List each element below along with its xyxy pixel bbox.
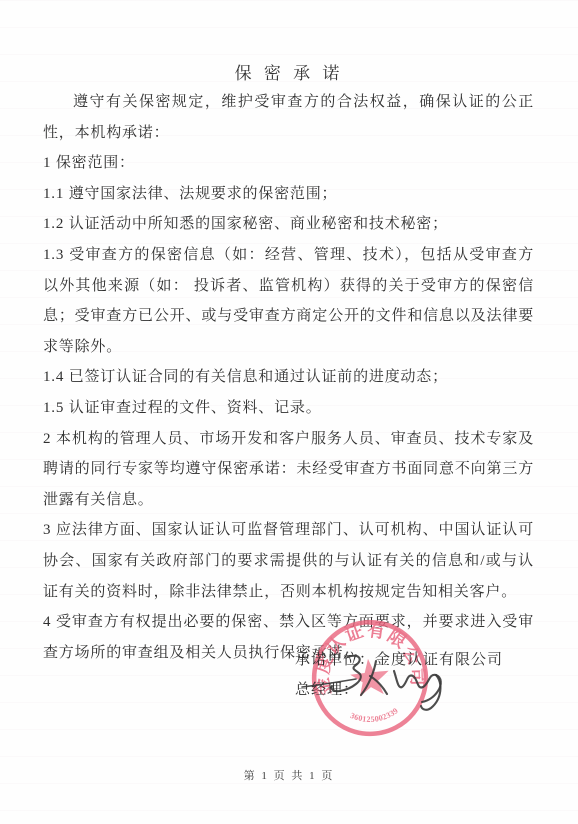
paragraph-1-4: 1.4 已签订认证合同的有关信息和通过认证前的进度动态； xyxy=(43,362,534,393)
document-page: 保 密 承 诺 遵守有关保密规定，维护受审查方的合法权益，确保认证的公正性，本机… xyxy=(0,0,578,824)
paragraph-1-3: 1.3 受审查方的保密信息（如：经营、管理、技术），包括从受审查方以外其他来源（… xyxy=(43,240,534,362)
document-title: 保 密 承 诺 xyxy=(0,59,578,84)
paragraph-2: 2 本机构的管理人员、市场开发和客户服务人员、审查员、技术专家及聘请的同行专家等… xyxy=(43,424,534,516)
paragraph-1-2: 1.2 认证活动中所知悉的国家秘密、商业秘密和技术秘密； xyxy=(43,209,534,240)
paragraph-1-1: 1.1 遵守国家法律、法规要求的保密范围； xyxy=(43,179,534,210)
paragraph-3: 3 应法律方面、国家认证认可监督管理部门、认可机构、中国认证认可协会、国家有关政… xyxy=(43,515,534,607)
document-body: 遵守有关保密规定，维护受审查方的合法权益，确保认证的公正性，本机构承诺： 1 保… xyxy=(43,87,534,668)
paragraph-intro: 遵守有关保密规定，维护受审查方的合法权益，确保认证的公正性，本机构承诺： xyxy=(43,87,534,148)
paragraph-1: 1 保密范围： xyxy=(43,148,534,179)
handwritten-signature xyxy=(290,645,490,725)
page-number-footer: 第 1 页 共 1 页 xyxy=(0,767,578,783)
paragraph-1-5: 1.5 认证审查过程的文件、资料、记录。 xyxy=(43,393,534,424)
